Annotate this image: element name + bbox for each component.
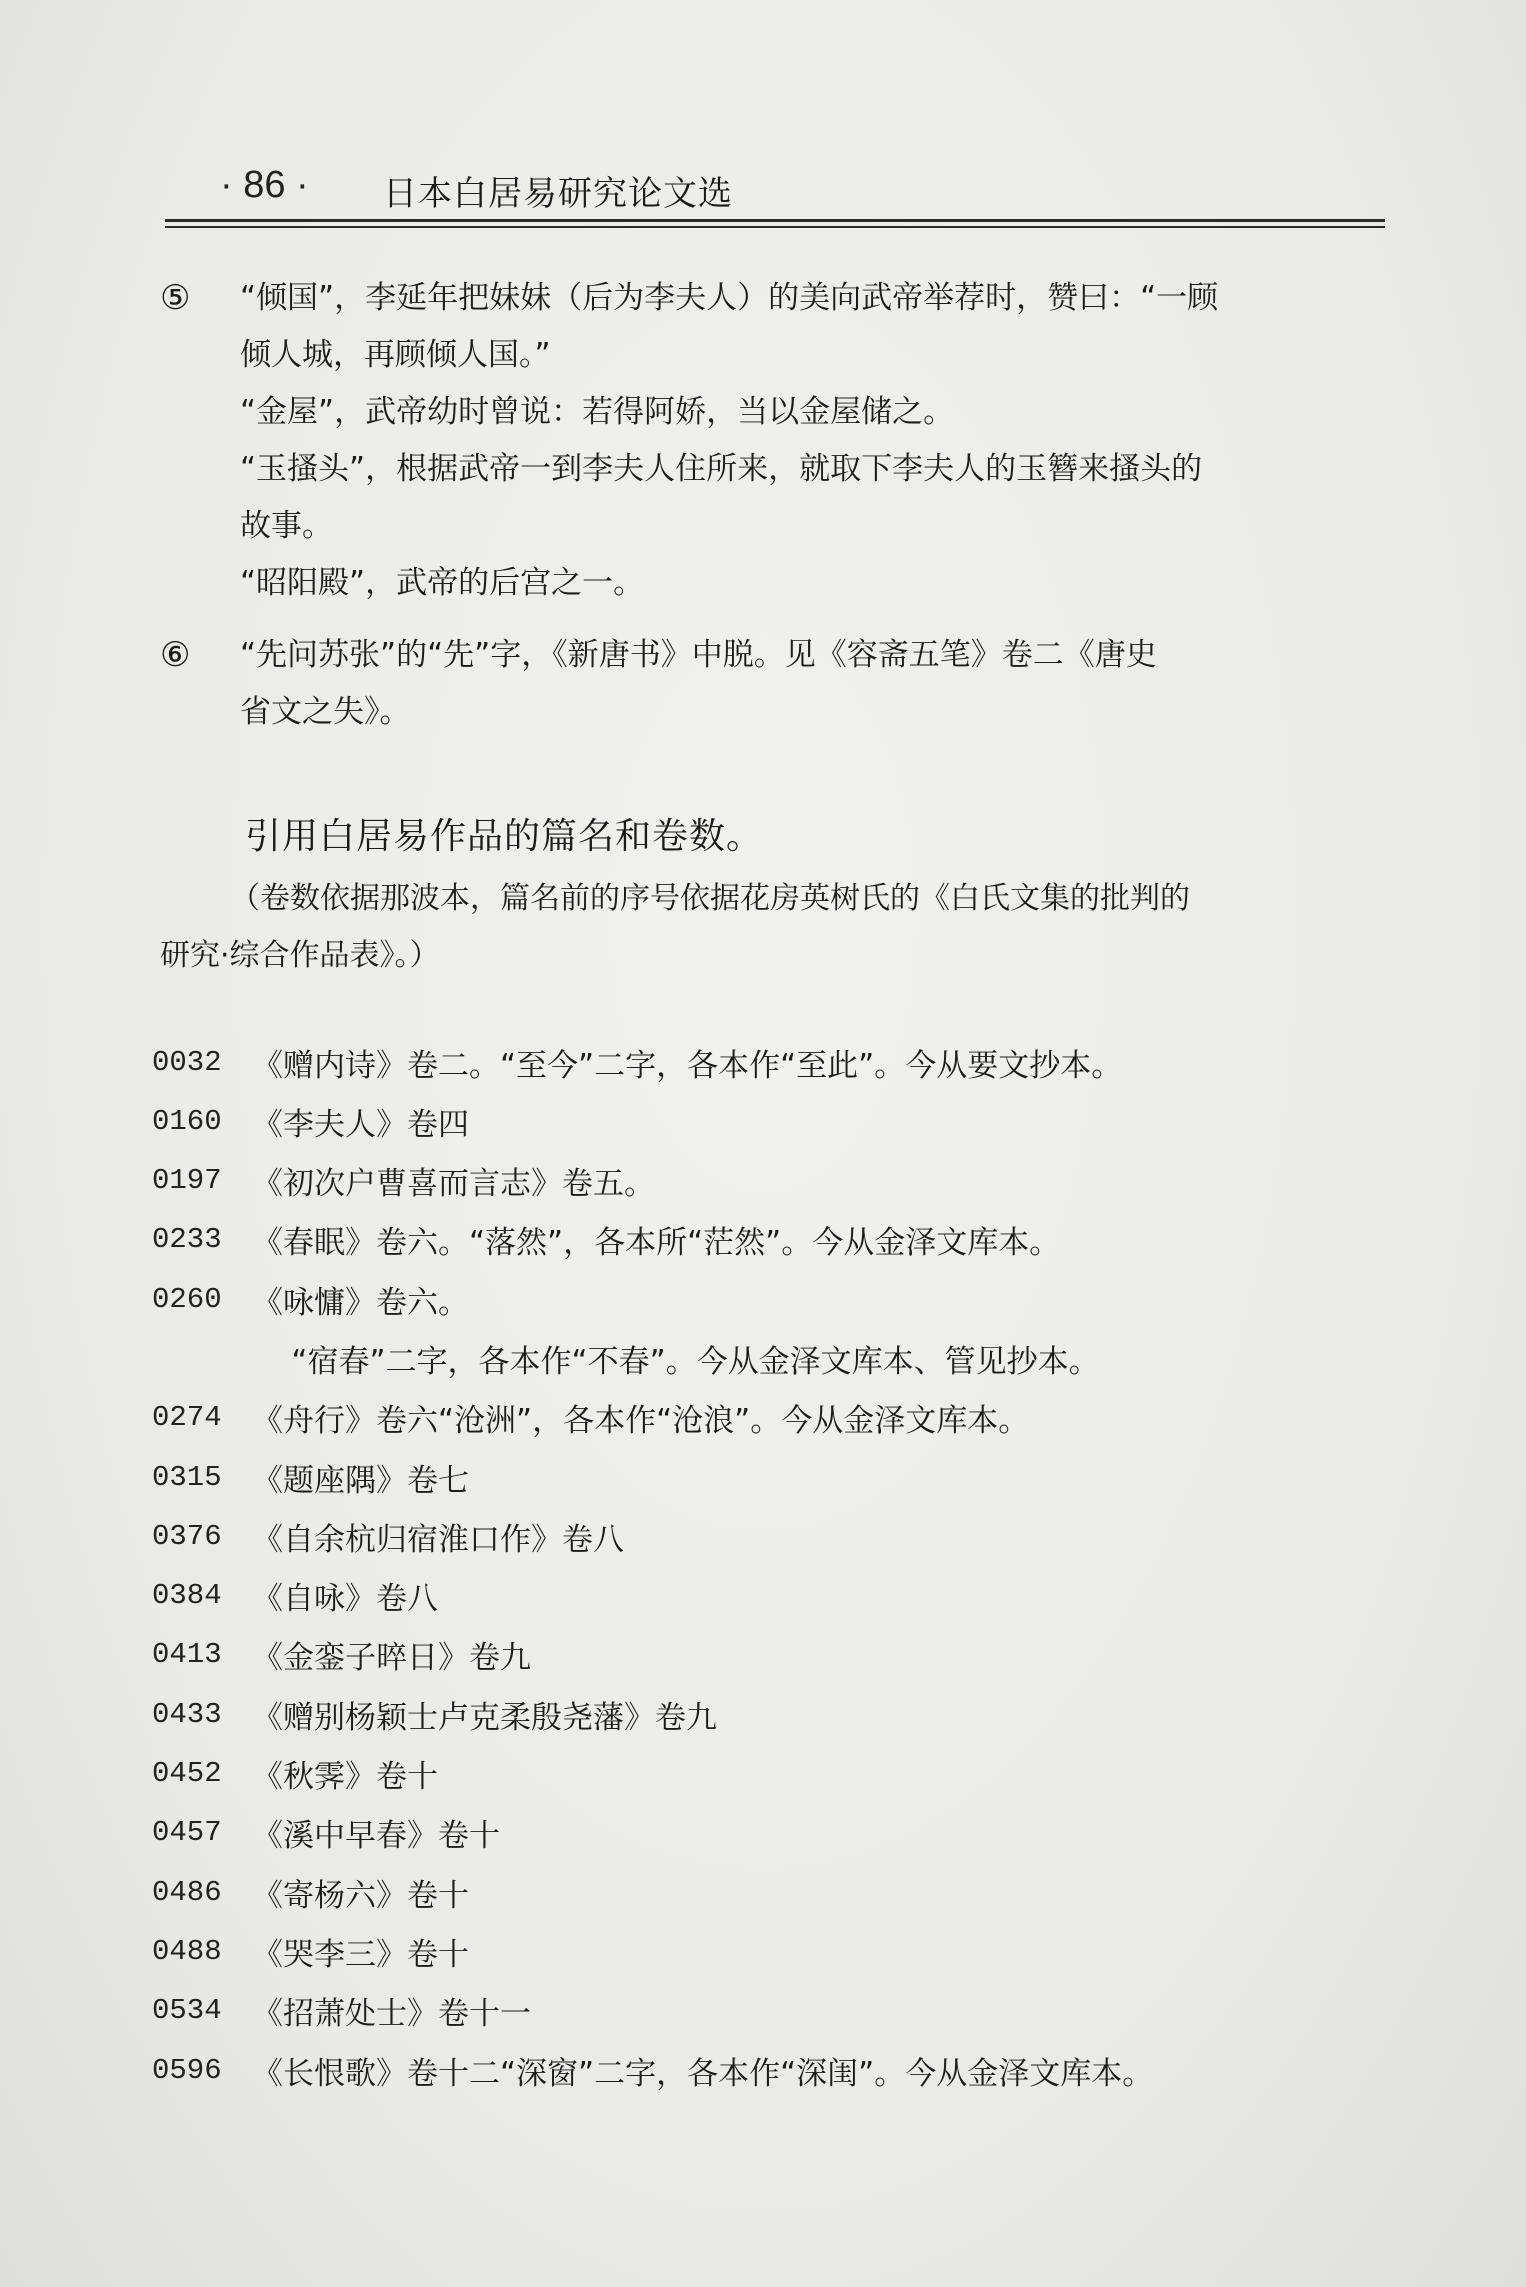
- note-line: 倾人城，再顾倾人国。”: [160, 327, 1390, 384]
- list-item: 0274《舟行》卷六“沧洲”，各本作“沧浪”。今从金泽文库本。: [152, 1398, 1402, 1438]
- work-entry: 《题座隅》卷七: [252, 1455, 469, 1500]
- work-entry: 《咏慵》卷六。: [252, 1277, 469, 1322]
- work-number: 0376: [152, 1520, 252, 1553]
- page-header: · 86 · 日本白居易研究论文选: [208, 160, 1388, 220]
- work-entry: 《自咏》卷八: [252, 1573, 438, 1618]
- note-marker: ⑥: [160, 627, 210, 684]
- list-item: 0376 《自余杭归宿淮口作》卷八: [152, 1516, 1402, 1556]
- section-subtitle: （卷数依据那波本，篇名前的序号依据花房英树氏的《白氏文集的批判的 研究·综合作品…: [160, 870, 1390, 984]
- work-entry: 《寄杨六》卷十: [252, 1870, 469, 1915]
- header-rule-thick: [165, 219, 1385, 222]
- work-entry: 《赠内诗》卷二。“至今”二字，各本作“至此”。今从要文抄本。: [252, 1040, 1122, 1085]
- work-number: 0488: [152, 1935, 252, 1968]
- list-item: 0413 《金銮子晬日》卷九: [152, 1635, 1402, 1675]
- list-item: 0596《长恨歌》卷十二“深窗”二字，各本作“深闺”。今从金泽文库本。: [152, 2050, 1402, 2090]
- work-number: 0534: [152, 1994, 252, 2027]
- work-entry: 《李夫人》卷四: [252, 1099, 469, 1144]
- work-entry: 《秋霁》卷十: [252, 1751, 438, 1796]
- note-line: 故事。: [160, 498, 1390, 555]
- header-rule-thin: [165, 226, 1385, 228]
- work-entry: 《溪中早春》卷十: [252, 1810, 500, 1855]
- list-item: 0488《哭李三》卷十: [152, 1931, 1402, 1971]
- work-number: 0413: [152, 1638, 252, 1671]
- note-6: ⑥ “先问苏张”的“先”字，《新唐书》中脱。见《容斋五笔》卷二《唐史 省文之失》…: [160, 627, 1390, 741]
- note-line: “玉搔头”，根据武帝一到李夫人住所来，就取下李夫人的玉簪来搔头的: [160, 441, 1390, 498]
- list-item: 0260《咏慵》卷六。: [152, 1279, 1402, 1319]
- work-entry: “宿春”二字，各本作“不春”。今从金泽文库本、管见抄本。: [252, 1336, 1100, 1381]
- work-entry: 《哭李三》卷十: [252, 1929, 469, 1974]
- page-number: · 86 ·: [220, 164, 309, 207]
- note-line: “先问苏张”的“先”字，《新唐书》中脱。见《容斋五笔》卷二《唐史: [160, 627, 1390, 684]
- list-item: 0315 《题座隅》卷七: [152, 1457, 1402, 1497]
- list-item: 0452 《秋霁》卷十: [152, 1754, 1402, 1794]
- section-heading: 引用白居易作品的篇名和卷数。: [245, 808, 763, 859]
- section-subtitle-line: （卷数依据那波本，篇名前的序号依据花房英树氏的《白氏文集的批判的: [160, 870, 1390, 927]
- running-title: 日本白居易研究论文选: [383, 166, 733, 215]
- work-entry: 《春眠》卷六。“落然”，各本所“茫然”。今从金泽文库本。: [252, 1217, 1060, 1262]
- work-entry: 《招萧处士》卷十一: [252, 1988, 531, 2033]
- work-number: 0384: [152, 1579, 252, 1612]
- book-page: · 86 · 日本白居易研究论文选 ⑤ “倾国”，李延年把妹妹（后为李夫人）的美…: [0, 0, 1526, 2287]
- work-number: 0233: [152, 1223, 252, 1256]
- list-item: 0160 《李夫人》卷四: [152, 1101, 1402, 1141]
- list-item: 0534 《招萧处士》卷十一: [152, 1991, 1402, 2031]
- list-item: 0457 《溪中早春》卷十: [152, 1813, 1402, 1853]
- work-entry: 《长恨歌》卷十二“深窗”二字，各本作“深闺”。今从金泽文库本。: [252, 2048, 1153, 2093]
- work-number: 0160: [152, 1105, 252, 1138]
- list-item: 0384 《自咏》卷八: [152, 1576, 1402, 1616]
- list-item: 0197《初次户曹喜而言志》卷五。: [152, 1161, 1402, 1201]
- note-line: “倾国”，李延年把妹妹（后为李夫人）的美向武帝举荐时，赞曰：“一顾: [160, 270, 1390, 327]
- works-list: 0032《赠内诗》卷二。“至今”二字，各本作“至此”。今从要文抄本。 0160 …: [152, 1042, 1402, 2109]
- work-entry: 《赠别杨颖士卢克柔殷尧藩》卷九: [252, 1692, 717, 1737]
- note-marker: ⑤: [160, 270, 210, 327]
- work-number: 0457: [152, 1816, 252, 1849]
- list-item: 0433 《赠别杨颖士卢克柔殷尧藩》卷九: [152, 1694, 1402, 1734]
- work-number: 0274: [152, 1401, 252, 1434]
- work-number: 0596: [152, 2054, 252, 2087]
- note-5: ⑤ “倾国”，李延年把妹妹（后为李夫人）的美向武帝举荐时，赞曰：“一顾 倾人城，…: [160, 270, 1390, 612]
- section-subtitle-line: 研究·综合作品表》。）: [160, 927, 1390, 984]
- note-line: 省文之失》。: [160, 684, 1390, 741]
- work-number: 0197: [152, 1164, 252, 1197]
- work-entry: 《舟行》卷六“沧洲”，各本作“沧浪”。今从金泽文库本。: [252, 1395, 1029, 1440]
- work-number: 0315: [152, 1461, 252, 1494]
- list-item-continuation: “宿春”二字，各本作“不春”。今从金泽文库本、管见抄本。: [152, 1338, 1402, 1378]
- work-number: 0452: [152, 1757, 252, 1790]
- work-entry: 《自余杭归宿淮口作》卷八: [252, 1514, 624, 1559]
- work-number: 0260: [152, 1283, 252, 1316]
- note-line: “金屋”，武帝幼时曾说：若得阿娇，当以金屋储之。: [160, 384, 1390, 441]
- work-number: 0433: [152, 1698, 252, 1731]
- list-item: 0032《赠内诗》卷二。“至今”二字，各本作“至此”。今从要文抄本。: [152, 1042, 1402, 1082]
- work-number: 0032: [152, 1046, 252, 1079]
- work-number: 0486: [152, 1876, 252, 1909]
- list-item: 0233《春眠》卷六。“落然”，各本所“茫然”。今从金泽文库本。: [152, 1220, 1402, 1260]
- work-entry: 《初次户曹喜而言志》卷五。: [252, 1158, 655, 1203]
- note-line: “昭阳殿”，武帝的后宫之一。: [160, 555, 1390, 612]
- work-entry: 《金銮子晬日》卷九: [252, 1632, 531, 1677]
- list-item: 0486《寄杨六》卷十: [152, 1872, 1402, 1912]
